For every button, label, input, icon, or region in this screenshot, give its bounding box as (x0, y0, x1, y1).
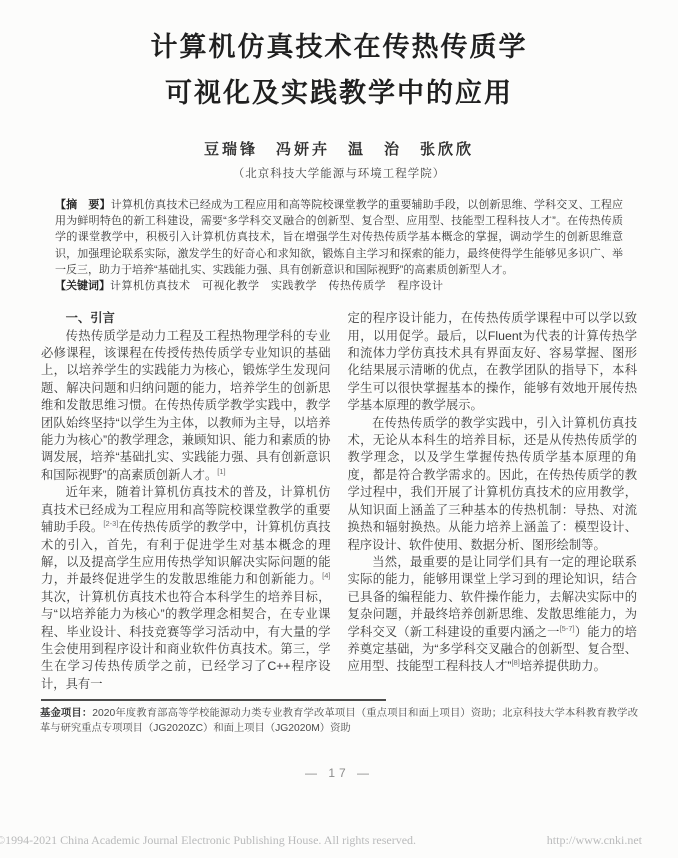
funding-footnote: 基金项目：2020年度教育部高等学校能源动力类专业教育学改革项目（重点项目和面上… (40, 707, 638, 736)
body-paragraph: 传热传质学是动力工程及工程热物理学科的专业必修课程，该课程在传授传热传质学专业知… (41, 328, 331, 485)
section-heading-introduction: 一、引言 (41, 310, 331, 327)
abstract-block: 【摘 要】计算机仿真技术已经成为工程应用和高等院校课堂教学的重要辅助手段，以创新… (55, 197, 623, 294)
body-paragraph: 近年来，随着计算机仿真技术的普及，计算机仿真技术已经成为工程应用和高等院校课堂教… (41, 484, 331, 693)
page-title: 计算机仿真技术在传热传质学 (0, 0, 678, 70)
funding-text: 2020年度教育部高等学校能源动力类专业教育学改革项目（重点项目和面上项目）资助… (40, 708, 638, 734)
page-number: — 17 — (0, 766, 678, 780)
funding-label: 基金项目： (40, 708, 92, 719)
keywords-line: 【关键词】计算机仿真技术 可视化教学 实践教学 传热传质学 程序设计 (55, 278, 623, 294)
abstract-paragraph: 【摘 要】计算机仿真技术已经成为工程应用和高等院校课堂教学的重要辅助手段，以创新… (55, 197, 623, 278)
page-title-line2: 可视化及实践教学中的应用 (0, 70, 678, 116)
cnki-url: http://www.cnki.net (547, 833, 642, 848)
affiliation-line: （北京科技大学能源与环境工程学院） (0, 165, 678, 181)
body-columns: 一、引言 传热传质学是动力工程及工程热物理学科的专业必修课程，该课程在传授传热传… (41, 310, 637, 693)
paper-page: 计算机仿真技术在传热传质学 可视化及实践教学中的应用 豆瑞锋 冯妍卉 温 治 张… (0, 0, 678, 858)
left-column: 一、引言 传热传质学是动力工程及工程热物理学科的专业必修课程，该课程在传授传热传… (41, 310, 331, 693)
body-paragraph: 在传热传质学的教学实践中，引入计算机仿真技术，无论从本科生的培养目标，还是从传热… (348, 415, 638, 554)
keywords-label: 【关键词】 (55, 280, 110, 292)
body-paragraph: 当然，最重要的是让同学们具有一定的理论联系实际的能力，能够用课堂上学习到的理论知… (348, 554, 638, 676)
authors-line: 豆瑞锋 冯妍卉 温 治 张欣欣 (0, 138, 678, 159)
body-paragraph: 定的程序设计能力，在传热传质学课程中可以学以致用，以用促学。最后，以Fluent… (348, 310, 638, 414)
keywords-text: 计算机仿真技术 可视化教学 实践教学 传热传质学 程序设计 (110, 280, 444, 292)
footnote-separator (41, 699, 386, 701)
abstract-text: 计算机仿真技术已经成为工程应用和高等院校课堂教学的重要辅助手段，以创新思维、学科… (55, 199, 623, 276)
copyright-text: ©1994-2021 China Academic Journal Electr… (0, 833, 416, 848)
abstract-label: 【摘 要】 (55, 199, 111, 211)
right-column: 定的程序设计能力，在传热传质学课程中可以学以致用，以用促学。最后，以Fluent… (348, 310, 638, 693)
cnki-footer: ©1994-2021 China Academic Journal Electr… (0, 833, 678, 848)
